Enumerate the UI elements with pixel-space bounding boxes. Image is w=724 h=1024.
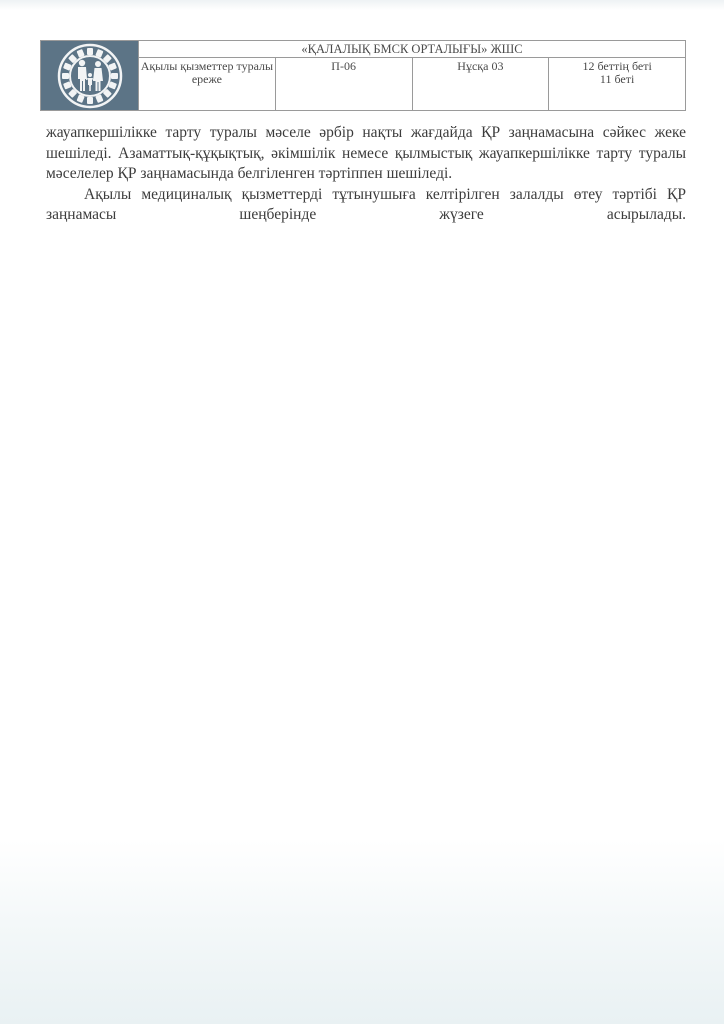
logo-cell — [41, 41, 139, 111]
document-version: Нұсқа 03 — [412, 58, 549, 111]
page-current: 11 беті — [549, 73, 685, 86]
scan-artifact — [0, 0, 724, 10]
page-info: 12 беттің беті 11 беті — [549, 58, 686, 111]
document-header-table: «ҚАЛАЛЫҚ БМСК ОРТАЛЫҒЫ» ЖШС Ақылы қызмет… — [40, 40, 686, 111]
document-code: П-06 — [275, 58, 412, 111]
paragraph-compensation: Ақылы медициналық қызметтерді тұтынушыға… — [46, 185, 686, 226]
organization-name: «ҚАЛАЛЫҚ БМСК ОРТАЛЫҒЫ» ЖШС — [139, 41, 686, 58]
paragraph-liability: жауапкершілікке тарту туралы мәселе әрбі… — [46, 123, 686, 185]
document-title: Ақылы қызметтер туралы ереже — [139, 58, 276, 111]
document-body: жауапкершілікке тарту туралы мәселе әрбі… — [46, 123, 686, 226]
family-in-wheel-logo-icon — [57, 43, 123, 109]
